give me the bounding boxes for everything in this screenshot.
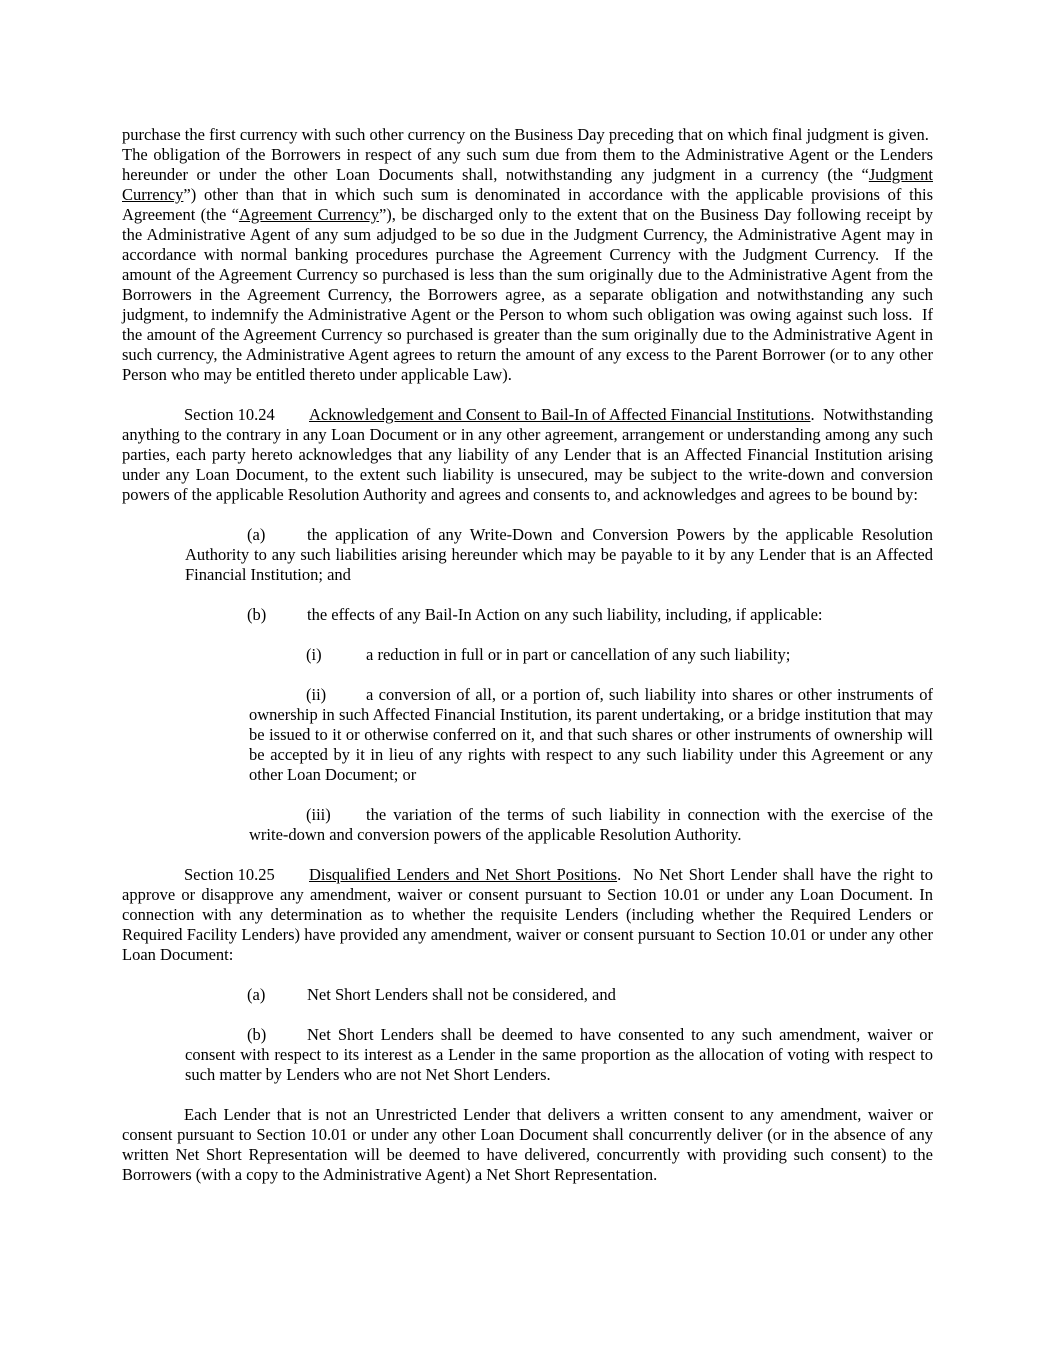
- paragraph-section-10-25: Section 10.25Disqualified Lenders and Ne…: [122, 865, 933, 965]
- list-label: (b): [247, 605, 307, 625]
- body-text: purchase the first currency with such ot…: [122, 125, 933, 184]
- list-label: (a): [247, 985, 307, 1005]
- list-item-text: Net Short Lenders shall not be considere…: [307, 985, 616, 1004]
- document-content: purchase the first currency with such ot…: [122, 125, 933, 1205]
- paragraph-closing: Each Lender that is not an Unrestricted …: [122, 1105, 933, 1185]
- document-page: purchase the first currency with such ot…: [0, 0, 1055, 1365]
- list-item-text: a reduction in full or in part or cancel…: [366, 645, 790, 664]
- list-item-b-net-short: (b)Net Short Lenders shall be deemed to …: [185, 1025, 933, 1085]
- list-item-iii-variation: (iii)the variation of the terms of such …: [249, 805, 933, 845]
- list-item-text: the effects of any Bail-In Action on any…: [307, 605, 823, 624]
- paragraph-judgment-currency: purchase the first currency with such ot…: [122, 125, 933, 385]
- section-title: Acknowledgement and Consent to Bail-In o…: [309, 405, 811, 424]
- list-item-a-net-short: (a)Net Short Lenders shall not be consid…: [185, 985, 933, 1005]
- list-label: (a): [247, 525, 307, 545]
- defined-term-agreement-currency: Agreement Currency: [239, 205, 379, 224]
- list-item-b-bail-in: (b)the effects of any Bail-In Action on …: [185, 605, 933, 625]
- list-label: (i): [306, 645, 366, 665]
- paragraph-section-10-24: Section 10.24Acknowledgement and Consent…: [122, 405, 933, 505]
- section-title: Disqualified Lenders and Net Short Posit…: [309, 865, 617, 884]
- section-number: Section 10.24: [184, 405, 309, 425]
- list-item-i-reduction: (i)a reduction in full or in part or can…: [249, 645, 933, 665]
- body-text: ”), be discharged only to the extent tha…: [122, 205, 933, 384]
- list-label: (b): [247, 1025, 307, 1045]
- list-item-a-bail-in: (a)the application of any Write-Down and…: [185, 525, 933, 585]
- list-label: (ii): [306, 685, 366, 705]
- body-text: Each Lender that is not an Unrestricted …: [122, 1105, 933, 1184]
- section-number: Section 10.25: [184, 865, 309, 885]
- list-label: (iii): [306, 805, 366, 825]
- list-item-ii-conversion: (ii)a conversion of all, or a portion of…: [249, 685, 933, 785]
